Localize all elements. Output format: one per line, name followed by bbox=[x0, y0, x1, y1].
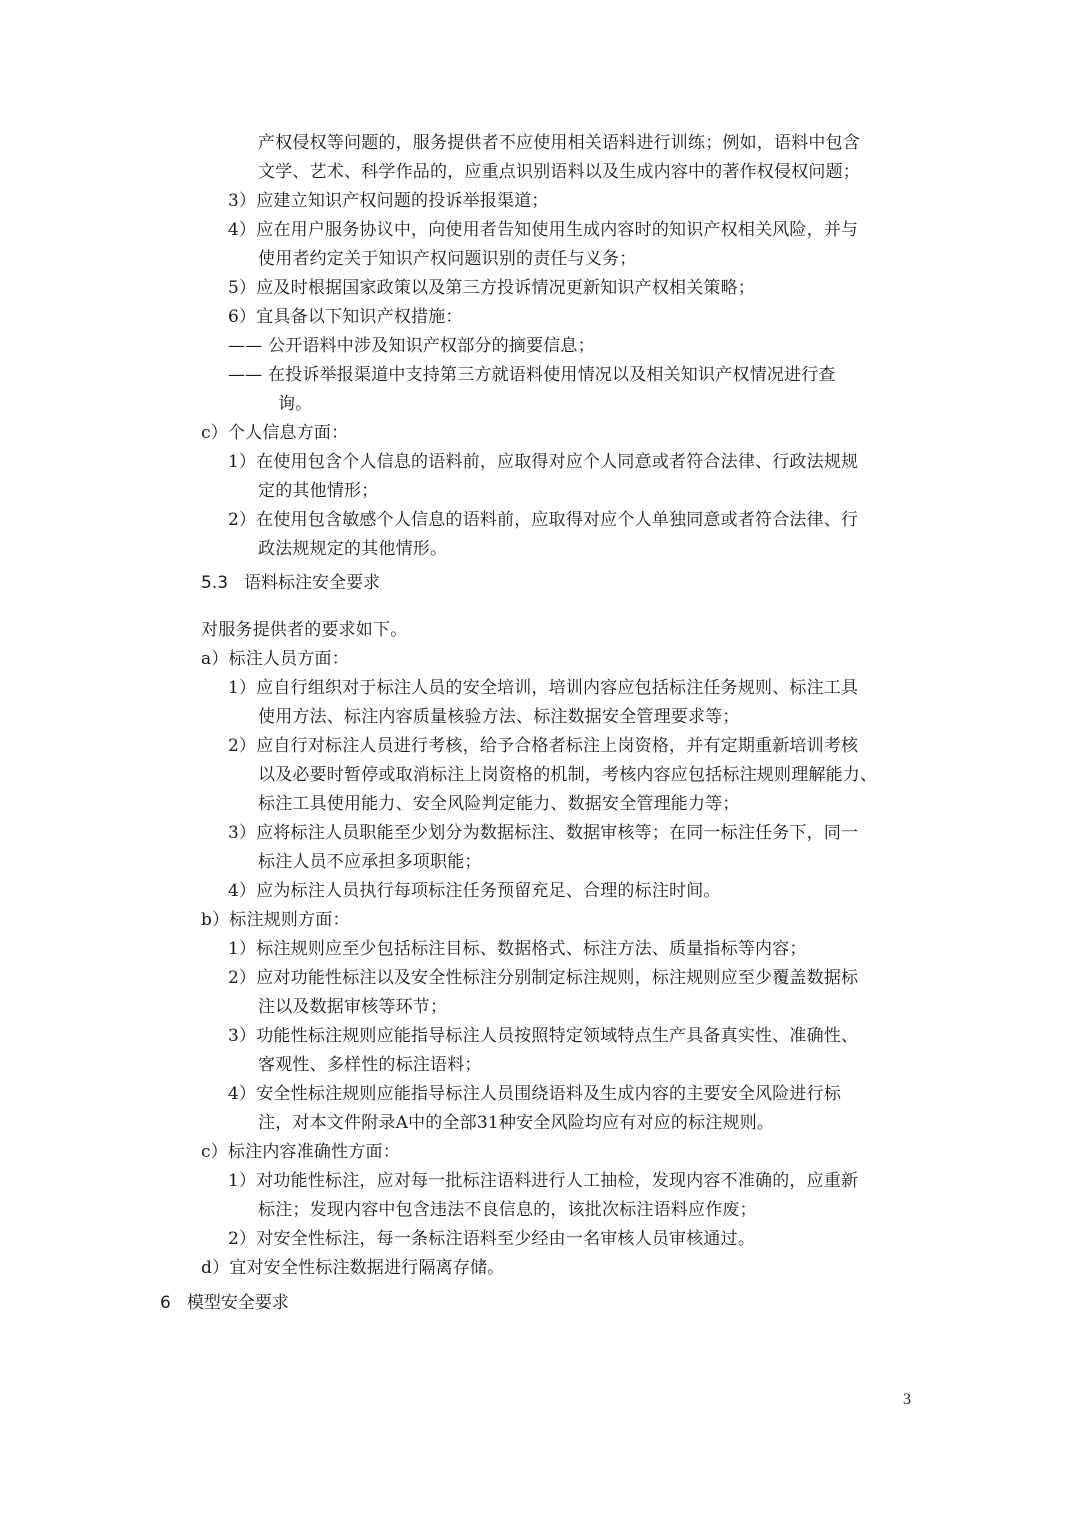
text-line: 1）标注规则应至少包括标注目标、数据格式、标注方法、质量指标等内容； bbox=[228, 938, 807, 960]
text-line: —— 公开语料中涉及知识产权部分的摘要信息； bbox=[228, 335, 595, 357]
text-line: 2）在使用包含敏感个人信息的语料前，应取得对应个人单独同意或者符合法律、行 bbox=[228, 509, 858, 531]
text-line: 标注人员不应承担多项职能； bbox=[258, 851, 482, 873]
text-line: 6）宜具备以下知识产权措施： bbox=[228, 306, 463, 328]
text-line: 3）功能性标注规则应能指导标注人员按照特定领域特点生产具备真实性、准确性、 bbox=[228, 1025, 858, 1047]
text-line: 使用者约定关于知识产权问题识别的责任与义务； bbox=[258, 248, 636, 270]
page-number: 3 bbox=[903, 1391, 911, 1409]
text-line: 5）应及时根据国家政策以及第三方投诉情况更新知识产权相关策略； bbox=[228, 277, 755, 299]
text-line: 标注工具使用能力、安全风险判定能力、数据安全管理能力等； bbox=[258, 793, 740, 815]
text-line: 文学、艺术、科学作品的，应重点识别语料以及生成内容中的著作权侵权问题； bbox=[258, 161, 860, 183]
text-line: b）标注规则方面： bbox=[201, 909, 350, 931]
text-line: 2）对安全性标注，每一条标注语料至少经由一名审核人员审核通过。 bbox=[228, 1228, 755, 1250]
text-line: 注以及数据审核等环节； bbox=[258, 996, 447, 1018]
text-line: 1）对功能性标注，应对每一批标注语料进行人工抽检，发现内容不准确的，应重新 bbox=[228, 1170, 858, 1192]
section-title: 语料标注安全要求 bbox=[244, 573, 380, 593]
text-line: 1）在使用包含个人信息的语料前，应取得对应个人同意或者符合法律、行政法规规 bbox=[228, 451, 858, 473]
text-line: 产权侵权等问题的，服务提供者不应使用相关语料进行训练；例如，语料中包含 bbox=[258, 132, 860, 154]
text-line: —— 在投诉举报渠道中支持第三方就语料使用情况以及相关知识产权情况进行查 bbox=[228, 364, 836, 386]
section-heading: 5.3语料标注安全要求 bbox=[201, 572, 380, 594]
text-line: d）宜对安全性标注数据进行隔离存储。 bbox=[201, 1257, 504, 1279]
section-number: 6 bbox=[160, 1292, 171, 1314]
text-line: 注，对本文件附录A中的全部31种安全风险均应有对应的标注规则。 bbox=[258, 1112, 774, 1134]
section-title: 模型安全要求 bbox=[187, 1293, 289, 1313]
text-line: 4）应为标注人员执行每项标注任务预留充足、合理的标注时间。 bbox=[228, 880, 721, 902]
text-line: 2）应自行对标注人员进行考核，给予合格者标注上岗资格，并有定期重新培训考核 bbox=[228, 735, 858, 757]
text-line: 标注；发现内容中包含违法不良信息的，该批次标注语料应作废； bbox=[258, 1199, 757, 1221]
text-line: a）标注人员方面： bbox=[201, 648, 349, 670]
text-line: 客观性、多样性的标注语料； bbox=[258, 1054, 482, 1076]
text-line: 定的其他情形； bbox=[258, 480, 378, 502]
text-line: c）个人信息方面： bbox=[201, 422, 348, 444]
text-line: 2）应对功能性标注以及安全性标注分别制定标注规则，标注规则应至少覆盖数据标 bbox=[228, 967, 858, 989]
text-line: c）标注内容准确性方面： bbox=[201, 1141, 400, 1163]
text-line: 对服务提供者的要求如下。 bbox=[201, 619, 407, 641]
text-line: 4）安全性标注规则应能指导标注人员围绕语料及生成内容的主要安全风险进行标 bbox=[228, 1083, 841, 1105]
section-number: 5.3 bbox=[201, 572, 228, 594]
text-line: 使用方法、标注内容质量核验方法、标注数据安全管理要求等； bbox=[258, 706, 740, 728]
text-line: 政法规规定的其他情形。 bbox=[258, 538, 447, 560]
text-line: 4）应在用户服务协议中，向使用者告知使用生成内容时的知识产权相关风险，并与 bbox=[228, 219, 858, 241]
text-line: 3）应建立知识产权问题的投诉举报渠道； bbox=[228, 190, 549, 212]
section-heading: 6模型安全要求 bbox=[160, 1292, 289, 1314]
document-page: 产权侵权等问题的，服务提供者不应使用相关语料进行训练；例如，语料中包含文学、艺术… bbox=[0, 0, 1074, 1520]
text-line: 询。 bbox=[278, 393, 312, 415]
text-line: 以及必要时暂停或取消标注上岗资格的机制，考核内容应包括标注规则理解能力、 bbox=[258, 764, 877, 786]
text-line: 3）应将标注人员职能至少划分为数据标注、数据审核等；在同一标注任务下，同一 bbox=[228, 822, 858, 844]
text-line: 1）应自行组织对于标注人员的安全培训，培训内容应包括标注任务规则、标注工具 bbox=[228, 677, 858, 699]
